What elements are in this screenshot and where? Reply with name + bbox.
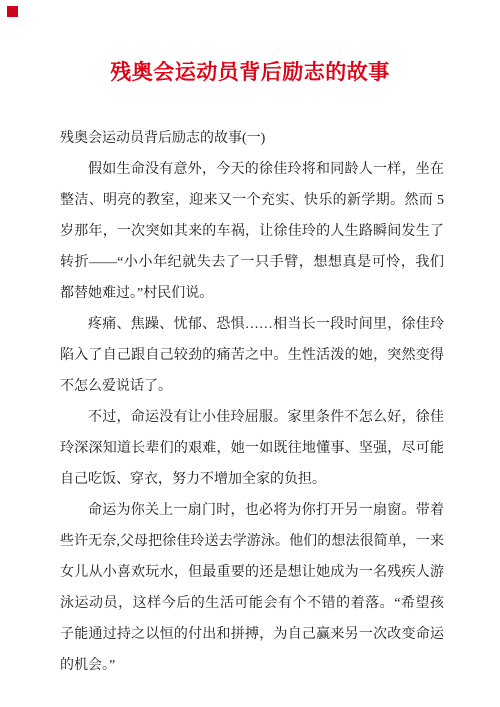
document-page: 残奥会运动员背后励志的故事 残奥会运动员背后励志的故事(一) 假如生命没有意外，…: [0, 0, 500, 707]
red-square-marker: [7, 6, 18, 17]
document-subtitle: 残奥会运动员背后励志的故事(一): [60, 123, 444, 154]
paragraph-1: 假如生命没有意外，今天的徐佳玲将和同龄人一样，坐在整洁、明亮的教室，迎来又一个充…: [60, 154, 444, 309]
paragraph-2: 疼痛、焦躁、忧郁、恐惧……相当长一段时间里，徐佳玲陷入了自己跟自己较劲的痛苦之中…: [60, 309, 444, 402]
document-title: 残奥会运动员背后励志的故事: [0, 0, 500, 88]
paragraph-3: 不过，命运没有让小佳玲屈服。家里条件不怎么好，徐佳玲深深知道长辈们的艰难，她一如…: [60, 402, 444, 495]
paragraph-4: 命运为你关上一扇门时，也必将为你打开另一扇窗。带着些许无奈,父母把徐佳玲送去学游…: [60, 495, 444, 681]
document-body: 残奥会运动员背后励志的故事(一) 假如生命没有意外，今天的徐佳玲将和同龄人一样，…: [0, 123, 500, 681]
